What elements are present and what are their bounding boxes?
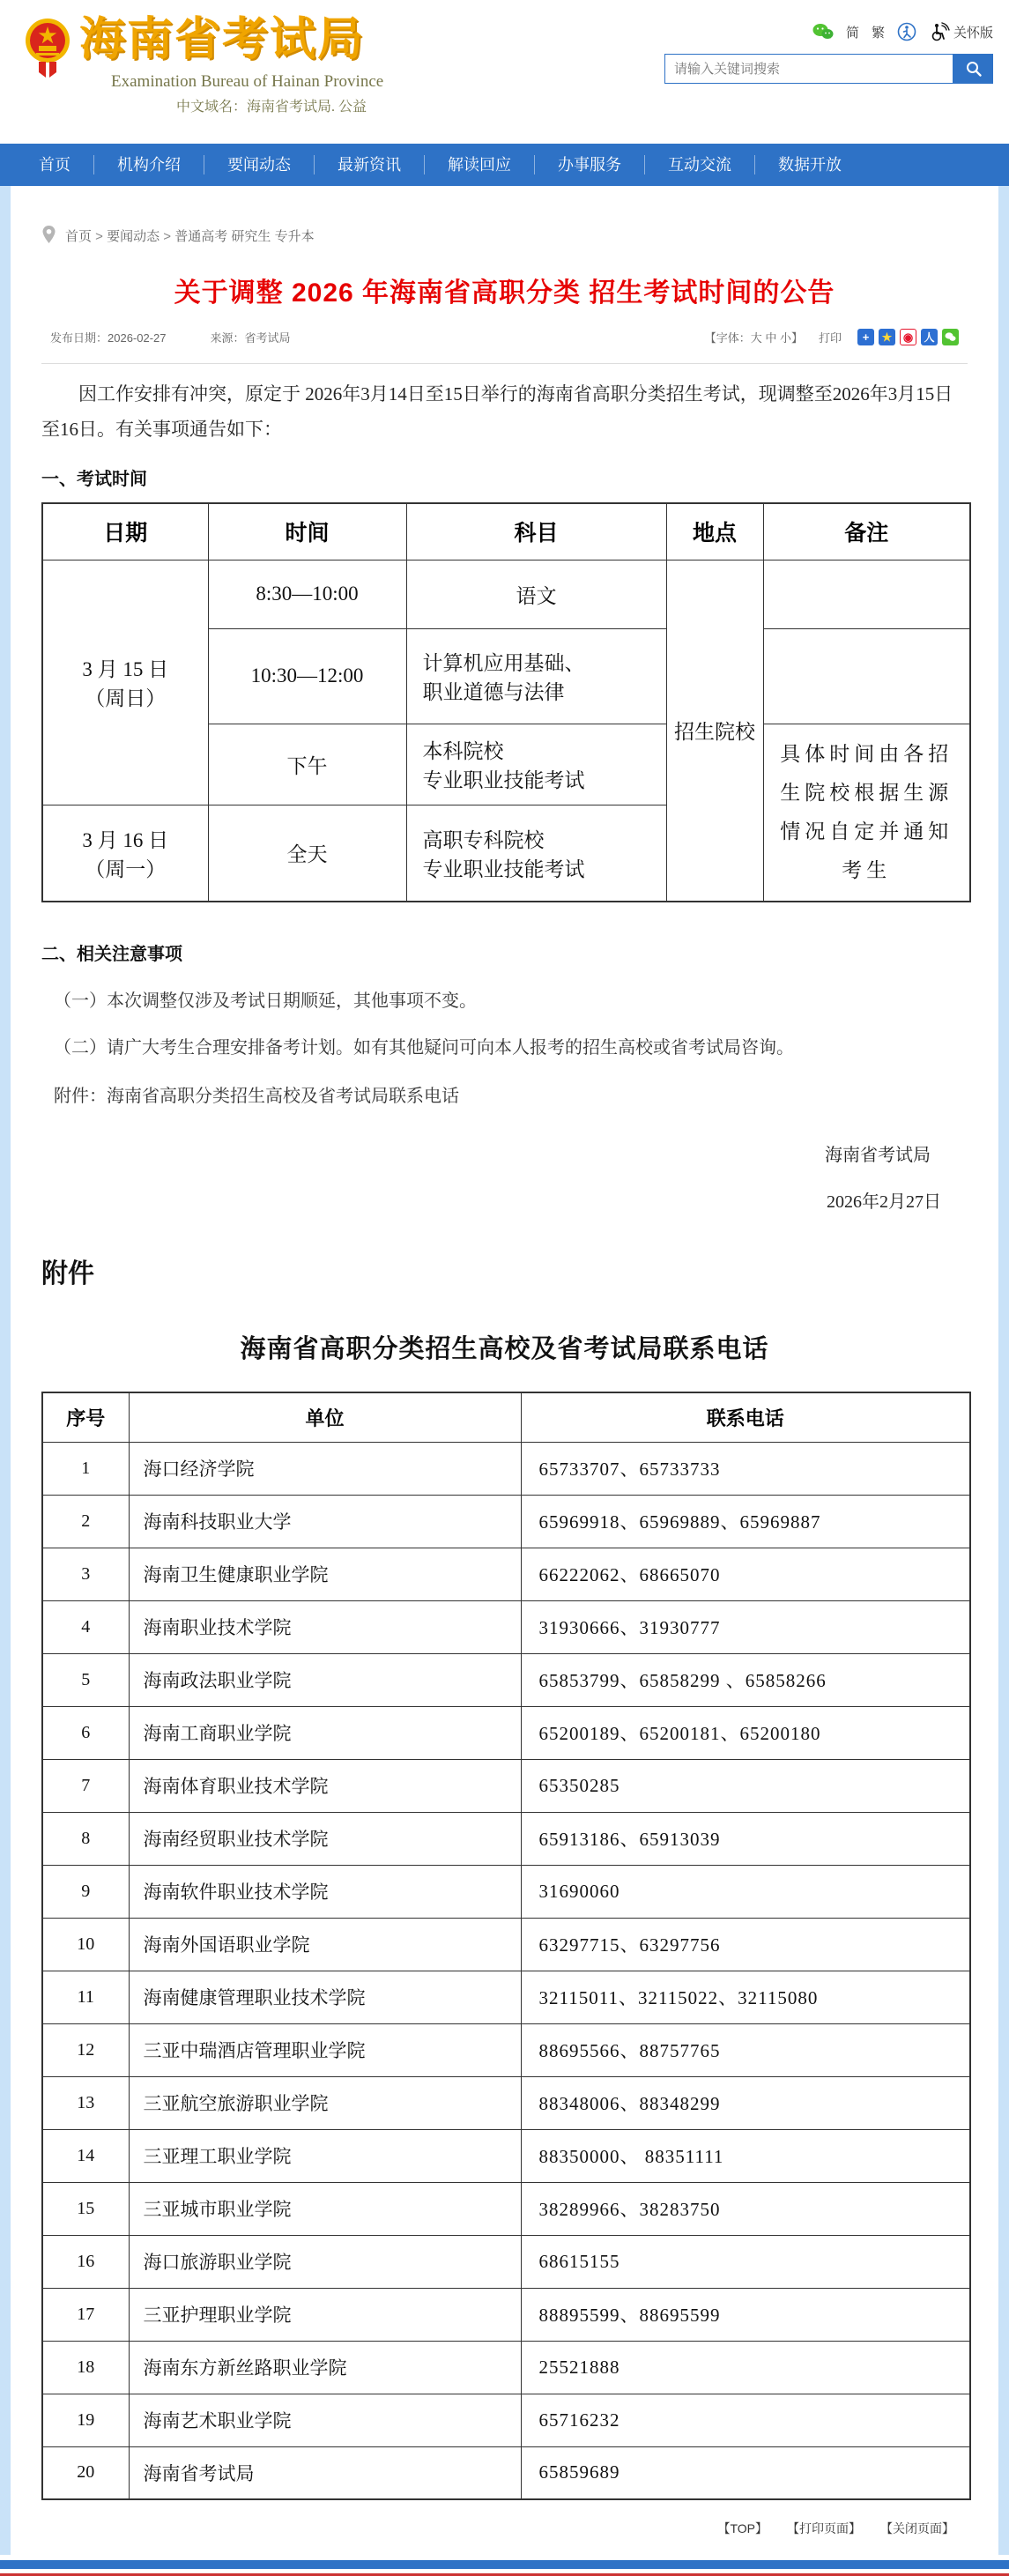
exam-remark-empty: [763, 628, 970, 724]
header-tools: 简 繁 关怀版: [812, 22, 993, 41]
signature-date: 2026年2月27日: [41, 1187, 968, 1213]
contact-phone: 88350000、 88351111: [521, 2129, 970, 2182]
contact-phone: 65200189、65200181、65200180: [521, 1706, 970, 1759]
page-background: 首页要闻动态普通高考 研究生 专升本 关于调整 2026 年海南省高职分类 招生…: [0, 186, 1009, 2555]
contact-phone: 38289966、38283750: [521, 2182, 970, 2235]
national-emblem-icon: [25, 12, 70, 81]
contact-row: 2 海南科技职业大学 65969918、65969889、65969887: [42, 1495, 970, 1548]
exam-subject: 本科院校 专业职业技能考试: [406, 724, 666, 805]
col-header-remark: 备注: [763, 503, 970, 560]
contact-phone: 65969918、65969889、65969887: [521, 1495, 970, 1548]
col-header-index: 序号: [42, 1392, 129, 1442]
exam-remark-empty: [763, 560, 970, 628]
contact-unit: 三亚中瑞酒店管理职业学院: [129, 2023, 521, 2076]
contact-index: 4: [42, 1600, 129, 1653]
contact-index: 5: [42, 1653, 129, 1706]
contact-table-title: 海南省高职分类招生高校及省考试局联系电话: [41, 1329, 968, 1365]
contact-row: 5 海南政法职业学院 65853799、65858299 、65858266: [42, 1653, 970, 1706]
contact-index: 15: [42, 2182, 129, 2235]
section2-title: 二、相关注意事项: [41, 939, 968, 965]
accessibility-icon[interactable]: [897, 22, 916, 41]
divider: [41, 363, 968, 364]
exam-location: 招生院校: [666, 560, 763, 902]
contact-phone: 65733707、65733733: [521, 1442, 970, 1495]
nav-item[interactable]: 数据开放: [755, 155, 864, 174]
nav-item[interactable]: 首页: [16, 155, 94, 174]
contact-unit: 三亚航空旅游职业学院: [129, 2076, 521, 2129]
contact-index: 18: [42, 2341, 129, 2394]
contact-unit: 海南卫生健康职业学院: [129, 1548, 521, 1600]
contact-index: 16: [42, 2235, 129, 2288]
contact-row: 18 海南东方新丝路职业学院 25521888: [42, 2341, 970, 2394]
site-header: 海南省考试局 Examination Bureau of Hainan Prov…: [0, 0, 1009, 144]
breadcrumb-link[interactable]: 普通高考 研究生 专升本: [174, 226, 314, 245]
location-pin-icon: [41, 225, 56, 246]
contact-unit: 海南科技职业大学: [129, 1495, 521, 1548]
contact-index: 10: [42, 1918, 129, 1971]
contact-unit: 海南东方新丝路职业学院: [129, 2341, 521, 2394]
search-input[interactable]: [664, 54, 953, 84]
contact-row: 14 三亚理工职业学院 88350000、 88351111: [42, 2129, 970, 2182]
exam-time: 10:30—12:00: [208, 628, 406, 724]
section1-title: 一、考试时间: [41, 464, 968, 490]
exam-subject: 计算机应用基础、 职业道德与法律: [406, 628, 666, 724]
contact-phone: 31930666、31930777: [521, 1600, 970, 1653]
contact-row: 16 海口旅游职业学院 68615155: [42, 2235, 970, 2288]
contact-index: 14: [42, 2129, 129, 2182]
contact-unit: 海南软件职业技术学院: [129, 1865, 521, 1918]
article-source: 来源：省考试局: [211, 329, 291, 345]
contact-index: 9: [42, 1865, 129, 1918]
col-header-phone: 联系电话: [521, 1392, 970, 1442]
contact-phone: 88348006、88348299: [521, 2076, 970, 2129]
contact-phone: 31690060: [521, 1865, 970, 1918]
wechat-icon[interactable]: [812, 23, 834, 41]
wechat-share-icon[interactable]: [942, 329, 959, 345]
contact-row: 6 海南工商职业学院 65200189、65200181、65200180: [42, 1706, 970, 1759]
contact-unit: 海口旅游职业学院: [129, 2235, 521, 2288]
traditional-chinese-button[interactable]: 繁: [872, 23, 885, 41]
contact-row: 8 海南经贸职业技术学院 65913186、65913039: [42, 1812, 970, 1865]
contact-unit: 海口经济学院: [129, 1442, 521, 1495]
simplified-chinese-button[interactable]: 简: [846, 23, 859, 41]
contact-row: 11 海南健康管理职业技术学院 32115011、32115022、321150…: [42, 1971, 970, 2023]
contact-unit: 海南经贸职业技术学院: [129, 1812, 521, 1865]
contact-unit: 海南健康管理职业技术学院: [129, 1971, 521, 2023]
contact-index: 11: [42, 1971, 129, 2023]
content-panel: 首页要闻动态普通高考 研究生 专升本 关于调整 2026 年海南省高职分类 招生…: [11, 186, 998, 2555]
renren-icon[interactable]: 人: [921, 329, 938, 345]
contact-unit: 海南体育职业技术学院: [129, 1759, 521, 1812]
footer-link[interactable]: 【打印页面】: [787, 2520, 861, 2537]
contact-index: 17: [42, 2288, 129, 2341]
publish-date: 发布日期：2026-02-27: [50, 329, 167, 345]
contact-unit: 海南工商职业学院: [129, 1706, 521, 1759]
font-size-control[interactable]: 【字体：大 中 小】: [705, 329, 803, 345]
article-meta: 发布日期：2026-02-27 来源：省考试局 【字体：大 中 小】 打印 + …: [41, 329, 968, 345]
care-version-button[interactable]: 关怀版: [929, 22, 993, 41]
footer-links: 【TOP】【打印页面】【关闭页面】: [41, 2520, 968, 2537]
contact-unit: 海南政法职业学院: [129, 1653, 521, 1706]
contact-row: 20 海南省考试局 65859689: [42, 2446, 970, 2499]
contact-index: 7: [42, 1759, 129, 1812]
contact-phone: 65716232: [521, 2394, 970, 2446]
contact-row: 17 三亚护理职业学院 88895599、88695599: [42, 2288, 970, 2341]
footer-link[interactable]: 【关闭页面】: [880, 2520, 954, 2537]
share-plus-icon[interactable]: +: [857, 329, 874, 345]
contact-phone: 25521888: [521, 2341, 970, 2394]
contact-index: 1: [42, 1442, 129, 1495]
appendix-heading: 附件: [41, 1251, 968, 1290]
contact-row: 12 三亚中瑞酒店管理职业学院 88695566、88757765: [42, 2023, 970, 2076]
exam-time: 8:30—10:00: [208, 560, 406, 628]
logo-block: 海南省考试局 Examination Bureau of Hainan Prov…: [25, 9, 383, 144]
contact-phone: 32115011、32115022、32115080: [521, 1971, 970, 2023]
page-title: 关于调整 2026 年海南省高职分类 招生考试时间的公告: [41, 271, 968, 309]
search-button[interactable]: [953, 54, 993, 84]
nav-item[interactable]: 要闻动态: [204, 155, 315, 174]
print-button[interactable]: 打印: [819, 329, 842, 345]
main-nav: 首页机构介绍要闻动态最新资讯解读回应办事服务互动交流数据开放: [0, 144, 1009, 186]
share-icons: + ★ ◉ 人: [857, 329, 959, 345]
contact-index: 6: [42, 1706, 129, 1759]
exam-subject: 语文: [406, 560, 666, 628]
contact-unit: 海南外国语职业学院: [129, 1918, 521, 1971]
nav-item[interactable]: 互动交流: [645, 155, 755, 174]
header-right: 简 繁 关怀版: [664, 9, 993, 144]
note-line: （一）本次调整仅涉及考试日期顺延，其他事项不变。: [41, 986, 968, 1012]
exam-remark: 具体时间由各招生院校根据生源情况自定并通知考生: [763, 724, 970, 902]
body-paragraph: 因工作安排有冲突，原定于 2026年3月14日至15日举行的海南省高职分类招生考…: [41, 376, 968, 447]
care-version-label: 关怀版: [953, 23, 993, 41]
col-header-location: 地点: [666, 503, 763, 560]
contact-unit: 三亚护理职业学院: [129, 2288, 521, 2341]
contact-phone: 88895599、88695599: [521, 2288, 970, 2341]
contact-row: 4 海南职业技术学院 31930666、31930777: [42, 1600, 970, 1653]
exam-date: 3 月 16 日 （周一）: [42, 805, 208, 902]
weibo-icon[interactable]: ◉: [900, 329, 916, 345]
contact-table: 序号 单位 联系电话 1 海口经济学院 65733707、65733733: [41, 1392, 971, 2500]
signature-org: 海南省考试局: [41, 1140, 968, 1166]
contact-index: 20: [42, 2446, 129, 2499]
contact-phone: 65350285: [521, 1759, 970, 1812]
breadcrumb-link[interactable]: 要闻动态: [107, 226, 174, 245]
contact-unit: 海南职业技术学院: [129, 1600, 521, 1653]
exam-date: 3 月 15 日 （周日）: [42, 560, 208, 805]
col-header-time: 时间: [208, 503, 406, 560]
contact-index: 19: [42, 2394, 129, 2446]
contact-index: 12: [42, 2023, 129, 2076]
attachment-line: 附件：海南省高职分类招生高校及省考试局联系电话: [41, 1081, 968, 1107]
contact-index: 3: [42, 1548, 129, 1600]
exam-subject: 高职专科院校 专业职业技能考试: [406, 805, 666, 902]
contact-unit: 三亚城市职业学院: [129, 2182, 521, 2235]
footer-link[interactable]: 【TOP】: [717, 2520, 768, 2537]
nav-item[interactable]: 最新资讯: [315, 155, 425, 174]
contact-row: 15 三亚城市职业学院 38289966、38283750: [42, 2182, 970, 2235]
search-icon: [965, 60, 983, 78]
contact-row: 9 海南软件职业技术学院 31690060: [42, 1865, 970, 1918]
nav-item[interactable]: 机构介绍: [94, 155, 204, 174]
site-title-en: Examination Bureau of Hainan Province: [111, 72, 383, 92]
contact-index: 2: [42, 1495, 129, 1548]
contact-index: 13: [42, 2076, 129, 2129]
contact-table-header-row: 序号 单位 联系电话: [42, 1392, 970, 1442]
contact-row: 10 海南外国语职业学院 63297715、63297756: [42, 1918, 970, 1971]
contact-index: 8: [42, 1812, 129, 1865]
exam-table-header-row: 日期 时间 科目 地点 备注: [42, 503, 970, 560]
col-header-date: 日期: [42, 503, 208, 560]
exam-row: 3 月 15 日 （周日） 8:30—10:00 语文 招生院校: [42, 560, 970, 628]
care-wheelchair-icon: [929, 22, 950, 41]
logo-text: 海南省考试局 Examination Bureau of Hainan Prov…: [79, 9, 383, 115]
footer-blue-bar: [0, 2560, 1009, 2569]
note-line: （二）请广大考生合理安排备考计划。如有其他疑问可向本人报考的招生高校或省考试局咨…: [41, 1033, 968, 1058]
col-header-subject: 科目: [406, 503, 666, 560]
page: 海南省考试局 Examination Bureau of Hainan Prov…: [0, 0, 1009, 2576]
contact-row: 7 海南体育职业技术学院 65350285: [42, 1759, 970, 1812]
contact-row: 19 海南艺术职业学院 65716232: [42, 2394, 970, 2446]
site-title: 海南省考试局: [79, 9, 383, 71]
contact-unit: 海南省考试局: [129, 2446, 521, 2499]
exam-time: 全天: [208, 805, 406, 902]
contact-phone: 65859689: [521, 2446, 970, 2499]
contact-phone: 68615155: [521, 2235, 970, 2288]
exam-time: 下午: [208, 724, 406, 805]
contact-unit: 三亚理工职业学院: [129, 2129, 521, 2182]
contact-phone: 65913186、65913039: [521, 1812, 970, 1865]
col-header-unit: 单位: [129, 1392, 521, 1442]
exam-schedule-table: 日期 时间 科目 地点 备注 3 月 15 日 （周日） 8:30—10:00 …: [41, 502, 971, 902]
contact-phone: 88695566、88757765: [521, 2023, 970, 2076]
search-bar: [664, 54, 993, 84]
contact-row: 1 海口经济学院 65733707、65733733: [42, 1442, 970, 1495]
contact-phone: 63297715、63297756: [521, 1918, 970, 1971]
contact-row: 3 海南卫生健康职业学院 66222062、68665070: [42, 1548, 970, 1600]
breadcrumb-link[interactable]: 首页: [65, 226, 107, 245]
contact-unit: 海南艺术职业学院: [129, 2394, 521, 2446]
contact-row: 13 三亚航空旅游职业学院 88348006、88348299: [42, 2076, 970, 2129]
nav-item[interactable]: 解读回应: [425, 155, 535, 174]
breadcrumb: 首页要闻动态普通高考 研究生 专升本: [41, 225, 968, 246]
contact-phone: 66222062、68665070: [521, 1548, 970, 1600]
nav-item[interactable]: 办事服务: [535, 155, 645, 174]
qzone-icon[interactable]: ★: [879, 329, 895, 345]
contact-phone: 65853799、65858299 、65858266: [521, 1653, 970, 1706]
site-domain-line: 中文域名：海南省考试局. 公益: [176, 95, 383, 115]
